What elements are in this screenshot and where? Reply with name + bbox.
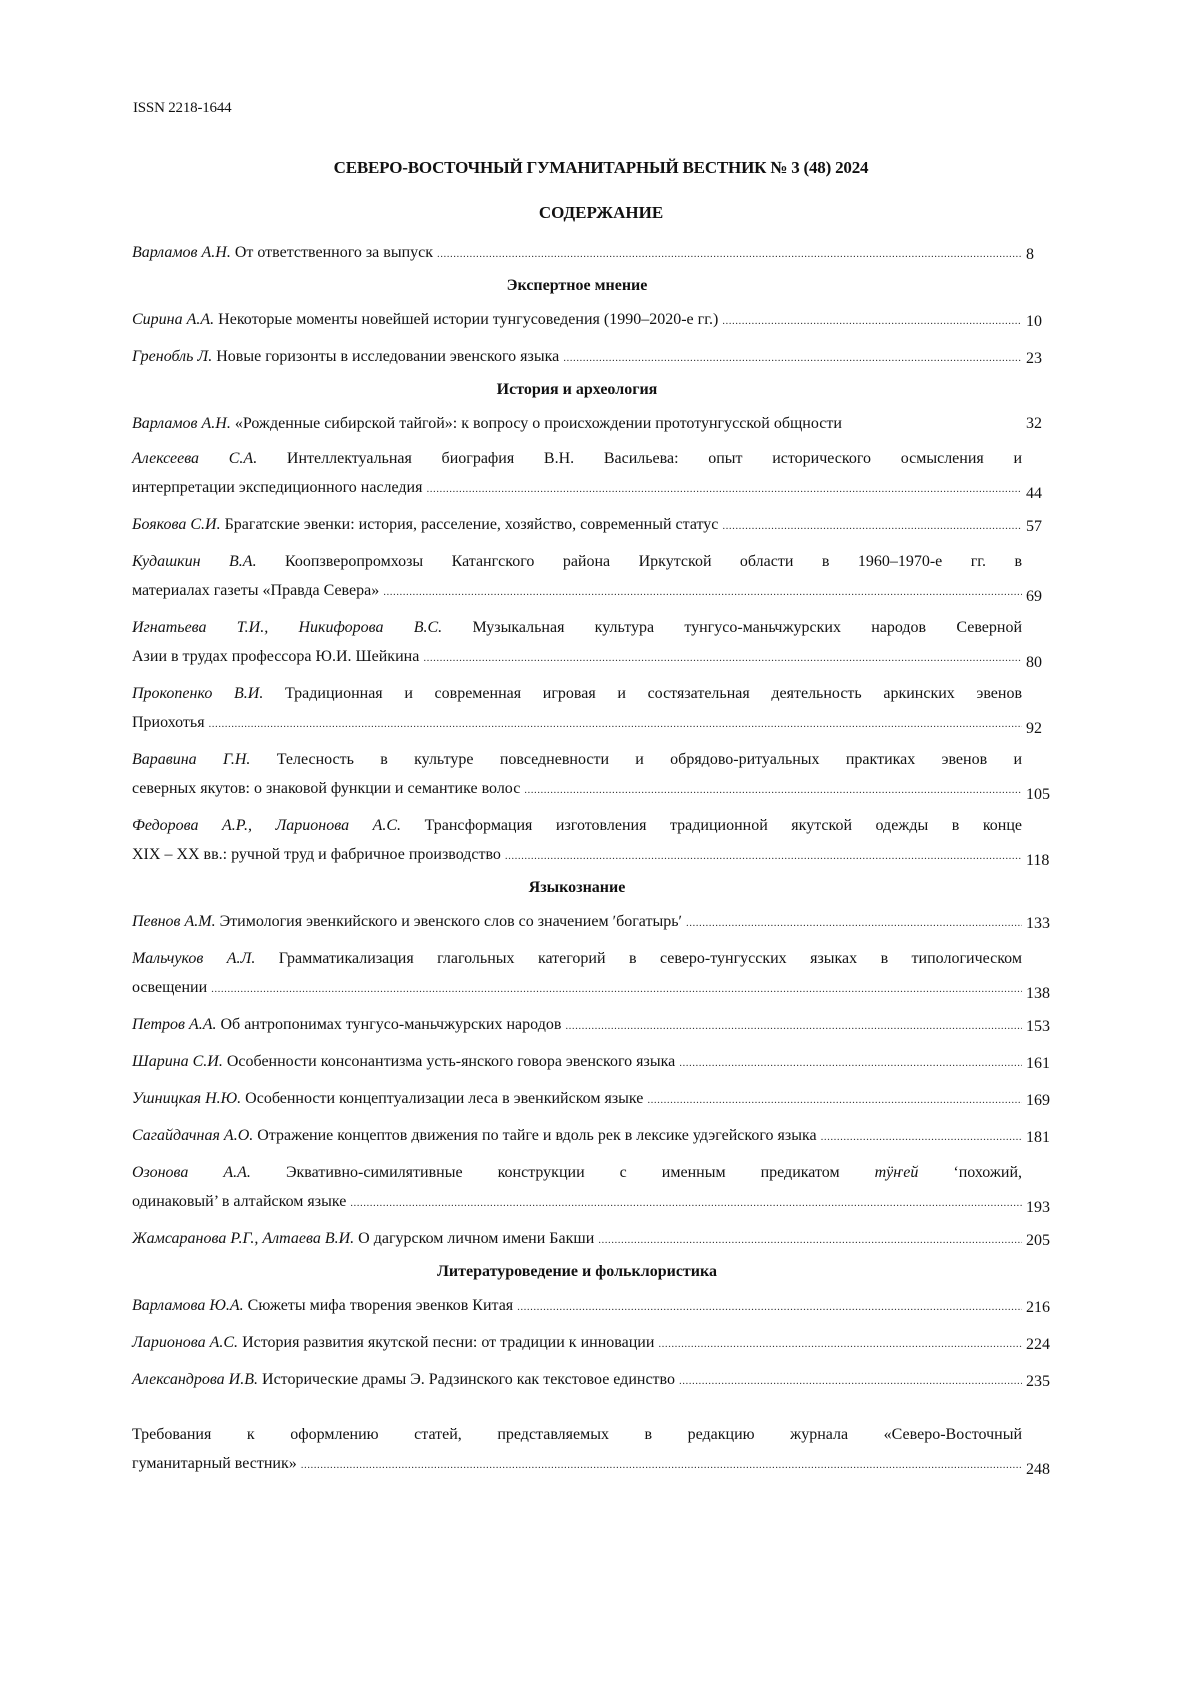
toc-entry-intro[interactable]: Варламов А.Н. От ответственного за выпус… [132, 238, 1062, 269]
entry-author: Жамсаранова Р.Г., Алтаева В.И. [132, 1224, 354, 1253]
section-heading: Литературоведение и фольклористика [132, 1261, 1062, 1283]
toc-entry[interactable]: Певнов А.М. Этимология эвенкийского и эв… [132, 907, 1062, 938]
entry-title-line1: Озонова А.А. Эквативно-симилятивные конс… [132, 1158, 1022, 1187]
entry-title-line1: Алексеева С.А. Интеллектуальная биографи… [132, 444, 1022, 473]
entry-title: Особенности концептуализации леса в эвен… [245, 1084, 643, 1113]
entry-title: Брагатские эвенки: история, расселение, … [225, 510, 719, 539]
entry-author: Певнов А.М. [132, 907, 216, 936]
leader-dots [821, 1123, 1022, 1152]
entry-author: Петров А.А. [132, 1010, 217, 1039]
entry-title: Этимология эвенкийского и эвенского слов… [220, 907, 682, 936]
entry-title-last: материалах газеты «Правда Севера» [132, 576, 379, 605]
section-heading: Экспертное мнение [132, 275, 1062, 297]
entry-title: «Рожденные сибирской тайгой»: к вопросу … [235, 409, 842, 438]
entry-page: 8 [1026, 240, 1062, 269]
entry-title-part: Трансформация изготовления традиционной … [425, 817, 1022, 834]
toc-entry[interactable]: Варламов А.Н. «Рожденные сибирской тайго… [132, 409, 1062, 438]
entry-term: тӱҥей [875, 1164, 919, 1181]
entry-author: Прокопенко В.И. [132, 685, 263, 702]
leader-dots [524, 776, 1022, 805]
entry-title: Исторические драмы Э. Радзинского как те… [262, 1365, 675, 1394]
entry-title-last: Приохотья [132, 708, 205, 737]
toc-entry[interactable]: Сагайдачная А.О. Отражение концептов дви… [132, 1121, 1062, 1152]
entry-title: Сюжеты мифа творения эвенков Китая [248, 1291, 513, 1320]
toc-entry[interactable]: Федорова А.Р., Ларионова А.С. Трансформа… [132, 811, 1062, 871]
entry-title-last: освещении [132, 973, 207, 1002]
entry-page: 57 [1026, 512, 1062, 541]
entry-author: Шарина С.И. [132, 1047, 223, 1076]
entry-title: О дагурском личном имени Бакши [358, 1224, 594, 1253]
entry-title-part: ‘похожий, [953, 1164, 1022, 1181]
toc-title: СОДЕРЖАНИЕ [0, 203, 1202, 223]
leader-dots [679, 1367, 1022, 1396]
entry-title-part: Телесность в культуре повседневности и о… [277, 751, 1022, 768]
leader-dots [517, 1293, 1022, 1322]
toc-entry[interactable]: Варавина Г.Н. Телесность в культуре повс… [132, 745, 1062, 805]
leader-dots [658, 1330, 1022, 1359]
toc-entry[interactable]: Озонова А.А. Эквативно-симилятивные конс… [132, 1158, 1062, 1218]
entry-author: Алексеева С.А. [132, 450, 257, 467]
entry-title: Новые горизонты в исследовании эвенского… [216, 342, 559, 371]
entry-title-last: северных якутов: о знаковой функции и се… [132, 774, 520, 803]
entry-author: Боякова С.И. [132, 510, 221, 539]
entry-author: Федорова А.Р., Ларионова А.С. [132, 817, 401, 834]
toc-entry[interactable]: Игнатьева Т.И., Никифорова В.С. Музыкаль… [132, 613, 1062, 673]
toc-entry[interactable]: Гренобль Л. Новые горизонты в исследован… [132, 342, 1062, 373]
entry-author: Сирина А.А. [132, 305, 214, 334]
entry-page: 80 [1026, 648, 1062, 677]
leader-dots [647, 1086, 1022, 1115]
toc-entry[interactable]: Ушницкая Н.Ю. Особенности концептуализац… [132, 1084, 1062, 1115]
entry-title-last: одинаковый’ в алтайском языке [132, 1187, 346, 1216]
leader-dots [209, 710, 1022, 739]
section-heading: История и археология [132, 379, 1062, 401]
leader-dots [505, 842, 1022, 871]
entry-author: Варавина Г.Н. [132, 751, 250, 768]
toc-entry[interactable]: Шарина С.И. Особенности консонантизма ус… [132, 1047, 1062, 1078]
entry-author: Варламов А.Н. [132, 409, 231, 438]
leader-dots [437, 240, 1022, 269]
toc-page: ISSN 2218-1644 СЕВЕРО-ВОСТОЧНЫЙ ГУМАНИТА… [0, 0, 1202, 1701]
entry-author: Ушницкая Н.Ю. [132, 1084, 241, 1113]
entry-author: Мальчуков А.Л. [132, 950, 255, 967]
entry-title: От ответственного за выпуск [235, 238, 433, 267]
entry-author: Озонова А.А. [132, 1164, 251, 1181]
entry-page: 69 [1026, 582, 1062, 611]
entry-page: 224 [1026, 1330, 1062, 1359]
entry-title-part: Традиционная и современная игровая и сос… [285, 685, 1022, 702]
toc-entry[interactable]: Алексеева С.А. Интеллектуальная биографи… [132, 444, 1062, 504]
entry-author: Варламова Ю.А. [132, 1291, 244, 1320]
entry-author: Игнатьева Т.И., Никифорова В.С. [132, 619, 442, 636]
entry-title-part: Коопзверопромхозы Катангского района Ирк… [285, 553, 1022, 570]
leader-dots [383, 578, 1022, 607]
entry-author: Ларионова А.С. [132, 1328, 238, 1357]
leader-dots [686, 909, 1022, 938]
entry-page: 138 [1026, 979, 1062, 1008]
entry-page: 161 [1026, 1049, 1062, 1078]
leader-dots [563, 344, 1022, 373]
entry-page: 92 [1026, 714, 1062, 743]
journal-title: СЕВЕРО-ВОСТОЧНЫЙ ГУМАНИТАРНЫЙ ВЕСТНИК № … [0, 158, 1202, 178]
entry-author: Александрова И.В. [132, 1365, 258, 1394]
entry-title: История развития якутской песни: от трад… [242, 1328, 654, 1357]
entry-page: 181 [1026, 1123, 1062, 1152]
entry-page: 10 [1026, 307, 1062, 336]
leader-dots [722, 307, 1022, 336]
entry-title-line1: Кудашкин В.А. Коопзверопромхозы Катангск… [132, 547, 1022, 576]
leader-dots [426, 475, 1022, 504]
leader-dots [722, 512, 1022, 541]
entry-title-part: Грамматикализация глагольных категорий в… [279, 950, 1022, 967]
entry-title-last: интерпретации экспедиционного наследия [132, 473, 422, 502]
toc-entry-requirements[interactable]: Требования к оформлению статей, представ… [132, 1420, 1062, 1480]
entry-page: 23 [1026, 344, 1062, 373]
leader-dots [211, 975, 1022, 1004]
table-of-contents: Варламов А.Н. От ответственного за выпус… [132, 238, 1062, 1486]
entry-title-line1: Игнатьева Т.И., Никифорова В.С. Музыкаль… [132, 613, 1022, 642]
entry-title: Некоторые моменты новейшей истории тунгу… [218, 305, 718, 334]
toc-entry[interactable]: Прокопенко В.И. Традиционная и современн… [132, 679, 1062, 739]
entry-author: Кудашкин В.А. [132, 553, 257, 570]
entry-page: 169 [1026, 1086, 1062, 1115]
entry-page: 248 [1026, 1455, 1062, 1484]
entry-page: 216 [1026, 1293, 1062, 1322]
toc-entry[interactable]: Петров А.А. Об антропонимах тунгусо-мань… [132, 1010, 1062, 1041]
entry-page: 32 [1026, 409, 1062, 438]
toc-entry[interactable]: Боякова С.И. Брагатские эвенки: история,… [132, 510, 1062, 541]
leader-dots [350, 1189, 1022, 1218]
entry-title-last: Азии в трудах профессора Ю.И. Шейкина [132, 642, 419, 671]
entry-page: 133 [1026, 909, 1062, 938]
leader-dots [598, 1226, 1022, 1255]
toc-entry[interactable]: Александрова И.В. Исторические драмы Э. … [132, 1365, 1062, 1396]
entry-title-part: Музыкальная культура тунгусо-маньчжурски… [472, 619, 1022, 636]
entry-title-line1: Федорова А.Р., Ларионова А.С. Трансформа… [132, 811, 1022, 840]
entry-title-line1: Мальчуков А.Л. Грамматикализация глаголь… [132, 944, 1022, 973]
entry-page: 235 [1026, 1367, 1062, 1396]
leader-dots [565, 1012, 1022, 1041]
issn: ISSN 2218-1644 [133, 100, 231, 117]
entry-page: 205 [1026, 1226, 1062, 1255]
toc-entry[interactable]: Жамсаранова Р.Г., Алтаева В.И. О дагурск… [132, 1224, 1062, 1255]
entry-page: 193 [1026, 1193, 1062, 1222]
toc-entry[interactable]: Ларионова А.С. История развития якутской… [132, 1328, 1062, 1359]
entry-page: 105 [1026, 780, 1062, 809]
toc-entry[interactable]: Кудашкин В.А. Коопзверопромхозы Катангск… [132, 547, 1062, 607]
entry-title-line1: Прокопенко В.И. Традиционная и современн… [132, 679, 1022, 708]
entry-title: Отражение концептов движения по тайге и … [257, 1121, 816, 1150]
entry-title: Об антропонимах тунгусо-маньчжурских нар… [221, 1010, 562, 1039]
entry-title: Особенности консонантизма усть-янского г… [227, 1047, 675, 1076]
entry-author: Сагайдачная А.О. [132, 1121, 253, 1150]
entry-author: Гренобль Л. [132, 342, 212, 371]
entry-title-last: гуманитарный вестник» [132, 1449, 297, 1478]
entry-title-part: Эквативно-симилятивные конструкции с име… [286, 1164, 840, 1181]
entry-author: Варламов А.Н. [132, 238, 231, 267]
entry-page: 118 [1026, 846, 1062, 875]
entry-title-line1: Варавина Г.Н. Телесность в культуре повс… [132, 745, 1022, 774]
entry-page: 44 [1026, 479, 1062, 508]
entry-page: 153 [1026, 1012, 1062, 1041]
entry-title-part: Интеллектуальная биография В.Н. Васильев… [287, 450, 1022, 467]
toc-entry[interactable]: Мальчуков А.Л. Грамматикализация глаголь… [132, 944, 1062, 1004]
toc-entry[interactable]: Сирина А.А. Некоторые моменты новейшей и… [132, 305, 1062, 336]
entry-title-last: XIX – XX вв.: ручной труд и фабричное пр… [132, 840, 501, 869]
leader-dots [679, 1049, 1022, 1078]
entry-title-line1: Требования к оформлению статей, представ… [132, 1420, 1022, 1449]
toc-entry[interactable]: Варламова Ю.А. Сюжеты мифа творения эвен… [132, 1291, 1062, 1322]
leader-dots [301, 1451, 1022, 1480]
leader-dots [423, 644, 1022, 673]
section-heading: Языкознание [132, 877, 1062, 899]
